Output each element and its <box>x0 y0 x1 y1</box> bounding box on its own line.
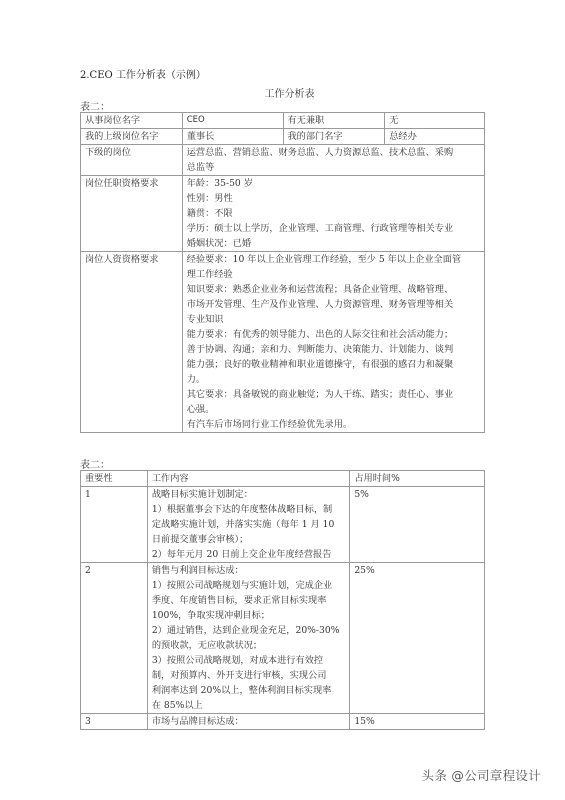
cell-value: CEO <box>182 113 283 129</box>
table-row: 从事岗位名字 CEO 有无兼职 无 <box>81 113 485 129</box>
cell-label: 我的部门名字 <box>283 129 385 145</box>
cell-time: 25% <box>350 563 485 714</box>
cell-time: 15% <box>350 714 485 730</box>
watermark: 头条 @公司章程设计 <box>422 766 541 784</box>
cell-value: 无 <box>385 113 485 129</box>
table-row: 岗位人资资格要求 经验要求：10 年以上企业管理工作经验，至少 5 年以上企业全… <box>81 252 485 433</box>
cell-content: 销售与利润目标达成： 1）按照公司战略规划与实施计划，完成企业 季度、年度销售目… <box>147 563 350 714</box>
cell-content: 市场与品牌目标达成： <box>147 714 350 730</box>
table1-caption: 表二： <box>80 98 110 113</box>
cell-label: 下级的岗位 <box>81 145 183 176</box>
table-row: 下级的岗位 运营总监、营销总监、财务总监、人力资源总监、技术总监、采购 总监等 <box>81 145 485 176</box>
table-row: 1 战略目标实施计划制定： 1）根据董事会下达的年度整体战略目标，制 定战略实施… <box>81 487 485 563</box>
header-work-content: 工作内容 <box>147 471 350 487</box>
cell-rank: 3 <box>81 714 148 730</box>
section-heading: 2.CEO 工作分析表（示例） <box>80 66 206 81</box>
cell-label: 我的上级岗位名字 <box>81 129 183 145</box>
cell-rank: 2 <box>81 563 148 714</box>
cell-value: 董事长 <box>182 129 283 145</box>
cell-label: 岗位人资资格要求 <box>81 252 183 433</box>
cell-rank: 1 <box>81 487 148 563</box>
cell-time: 5% <box>350 487 485 563</box>
cell-label: 岗位任职资格要求 <box>81 176 183 252</box>
cell-value: 运营总监、营销总监、财务总监、人力资源总监、技术总监、采购 总监等 <box>182 145 484 176</box>
table-row: 2 销售与利润目标达成： 1）按照公司战略规划与实施计划，完成企业 季度、年度销… <box>81 563 485 714</box>
job-info-table: 从事岗位名字 CEO 有无兼职 无 我的上级岗位名字 董事长 我的部门名字 总经… <box>80 112 485 433</box>
cell-value: 经验要求：10 年以上企业管理工作经验，至少 5 年以上企业全面管 理工作经验 … <box>182 252 484 433</box>
header-time-percent: 占用时间% <box>350 471 485 487</box>
cell-label: 有无兼职 <box>283 113 385 129</box>
header-importance: 重要性 <box>81 471 148 487</box>
work-content-table: 重要性 工作内容 占用时间% 1 战略目标实施计划制定： 1）根据董事会下达的年… <box>80 470 485 730</box>
table2-caption: 表二： <box>80 456 110 471</box>
table-row: 我的上级岗位名字 董事长 我的部门名字 总经办 <box>81 129 485 145</box>
cell-value: 总经办 <box>385 129 485 145</box>
table-row: 岗位任职资格要求 年龄：35-50 岁 性别：男性 籍贯：不限 学历：硕士以上学… <box>81 176 485 252</box>
cell-content: 战略目标实施计划制定： 1）根据董事会下达的年度整体战略目标，制 定战略实施计划… <box>147 487 350 563</box>
cell-label: 从事岗位名字 <box>81 113 183 129</box>
table-header-row: 重要性 工作内容 占用时间% <box>81 471 485 487</box>
cell-value: 年龄：35-50 岁 性别：男性 籍贯：不限 学历：硕士以上学历，企业管理、工商… <box>182 176 484 252</box>
table-row: 3 市场与品牌目标达成： 15% <box>81 714 485 730</box>
